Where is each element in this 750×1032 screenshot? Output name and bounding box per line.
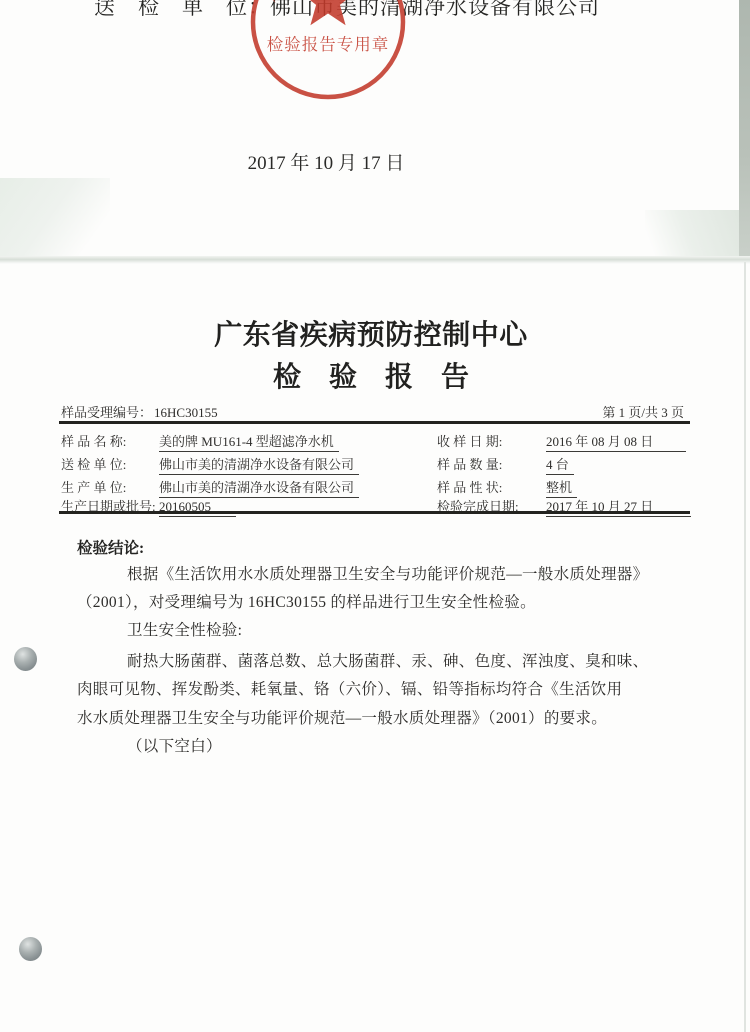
- submit-unit-value: 佛山市美的清湖净水设备有限公司: [159, 457, 359, 475]
- scanned-inspection-report: { "prev_page": { "submit_line": "送 检 单 位…: [0, 0, 750, 1032]
- accept-number-value: 16HC30155: [154, 405, 218, 420]
- conclusion-line: （以下空白）: [127, 734, 222, 756]
- org-title: 广东省疾病预防控制中心: [0, 313, 742, 353]
- sample-name-value: 美的牌 MU161-4 型超滤净水机: [159, 434, 339, 452]
- sample-state-label: 样 品 性 状:: [437, 480, 502, 496]
- table-bottom-rule: [59, 511, 690, 514]
- inspection-seal-stamp-icon: 广东省疾病预防控制中心 检验报告专用章: [243, 0, 413, 107]
- receive-date-label: 收 样 日 期:: [437, 434, 502, 450]
- binder-hole-dot: [19, 937, 42, 961]
- conclusion-line: 肉眼可见物、挥发酚类、耗氧量、铬（六价）、镉、铅等指标均符合《生活饮用: [77, 677, 622, 699]
- scan-shadow-right: [645, 210, 742, 262]
- submit-unit-label: 送 检 单 位:: [61, 457, 126, 473]
- conclusion-line: 卫生安全性检验:: [127, 618, 242, 640]
- accept-number-label: 样品受理编号：: [61, 405, 152, 420]
- conclusion-line: 根据《生活饮用水水质处理器卫生安全与功能评价规范—一般水质处理器》: [127, 562, 648, 584]
- receive-date-value: 2016 年 08 月 08 日: [546, 434, 686, 452]
- report-title: 检 验 报 告: [0, 355, 742, 395]
- conclusion-heading: 检验结论:: [77, 536, 144, 558]
- sample-qty-label: 样 品 数 量:: [437, 457, 502, 473]
- page-right-edge: [744, 262, 746, 1032]
- scan-shadow-left: [0, 178, 110, 262]
- page-edge-shadow: [0, 256, 750, 264]
- manufacturer-value: 佛山市美的清湖净水设备有限公司: [159, 480, 359, 498]
- sample-accept-number: 样品受理编号：16HC30155: [61, 402, 218, 421]
- sample-qty-value: 4 台: [546, 457, 574, 475]
- conclusion-line: （2001），对受理编号为 16HC30155 的样品进行卫生安全性检验。: [77, 590, 536, 612]
- table-top-rule: [59, 421, 690, 424]
- seal-star-icon: [300, 0, 357, 25]
- sample-state-value: 整机: [546, 480, 577, 498]
- complete-date-value: 2017 年 10 月 27 日: [546, 499, 691, 517]
- page-edge-strip: [739, 0, 750, 258]
- seal-center-text: 检验报告专用章: [267, 34, 390, 54]
- conclusion-line: 水水质处理器卫生安全与功能评价规范—一般水质处理器》（2001）的要求。: [77, 706, 607, 728]
- conclusion-line: 耐热大肠菌群、菌落总数、总大肠菌群、汞、砷、色度、浑浊度、臭和味、: [127, 649, 648, 671]
- report-date: 2017 年 10 月 17 日: [160, 148, 492, 175]
- sample-name-label: 样 品 名 称:: [61, 434, 126, 450]
- manufacturer-label: 生 产 单 位:: [61, 480, 126, 496]
- binder-hole-dot: [14, 647, 37, 671]
- production-date-value: 20160505: [159, 499, 236, 517]
- page-number: 第 1 页/共 3 页: [602, 402, 684, 421]
